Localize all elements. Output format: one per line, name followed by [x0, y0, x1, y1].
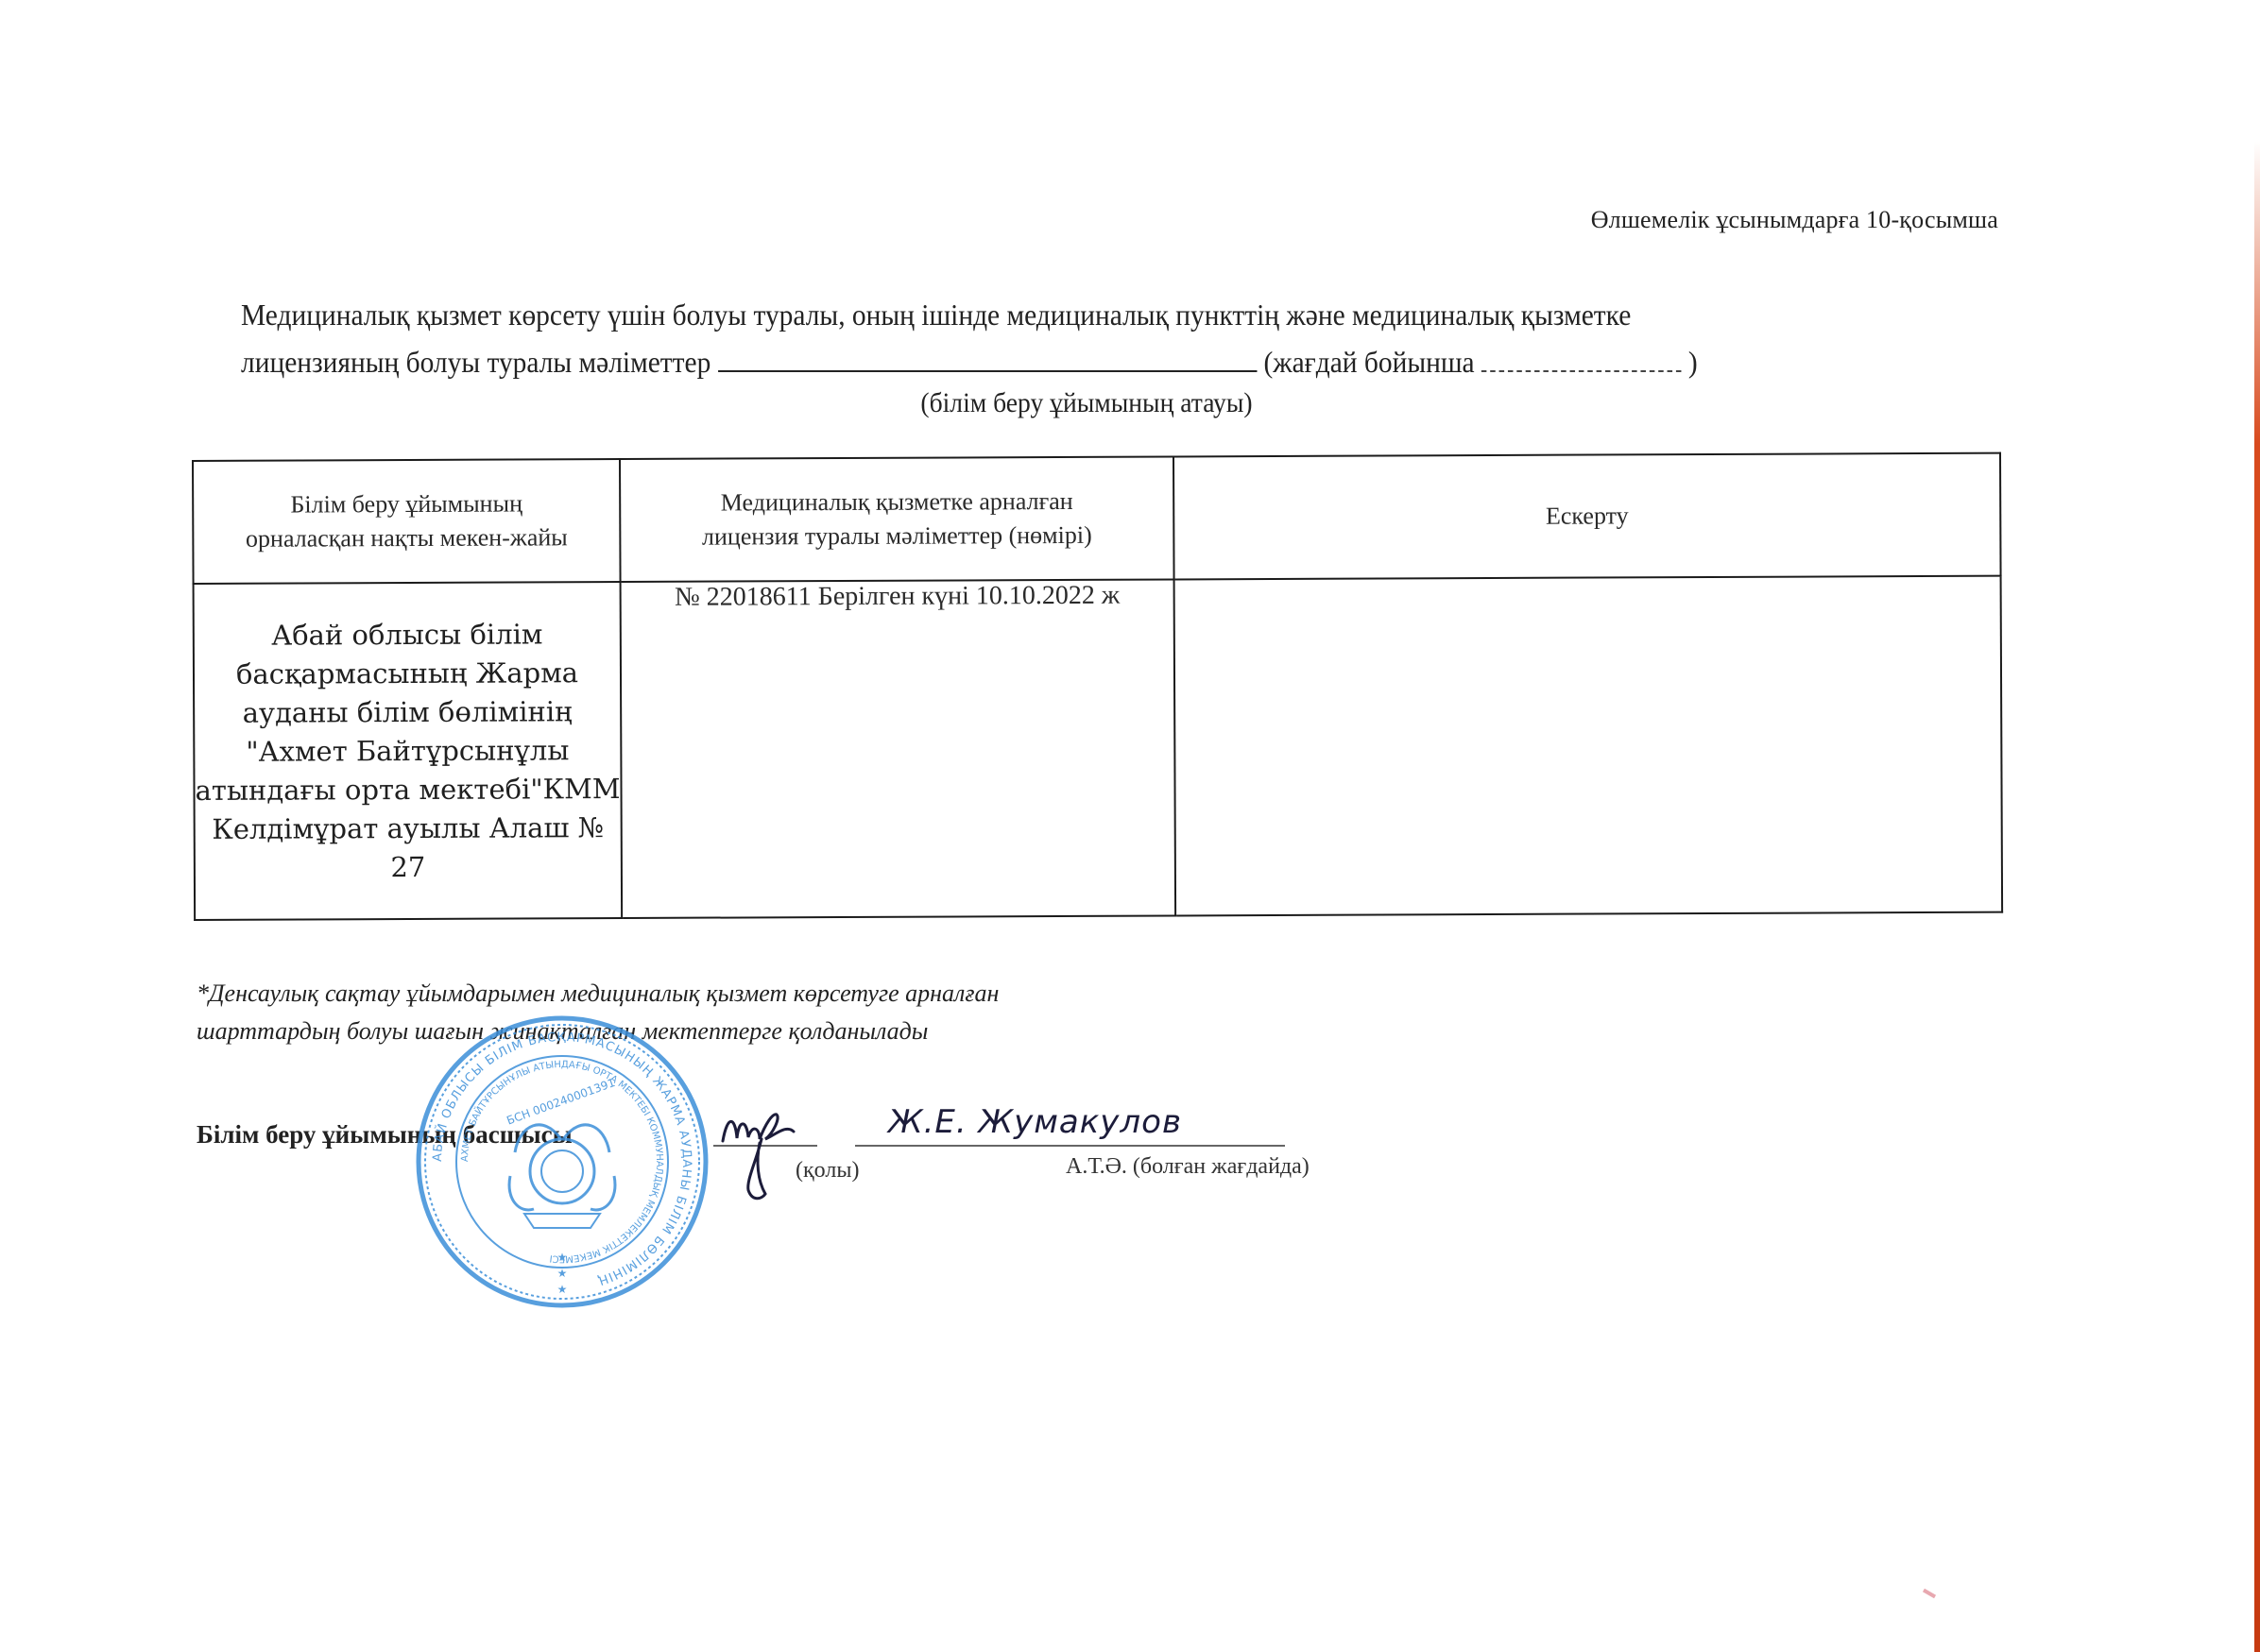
stamp-inner-text: АХМЕТ БАЙТҰРСЫНҰЛЫ АТЫНДАҒЫ ОРТА МЕКТЕБІ… [460, 1060, 664, 1264]
org-name-caption: (білім беру ұйымының атауы) [782, 387, 1391, 419]
title-line-2: лицензияның болуы туралы мәліметтер (жағ… [241, 338, 1814, 385]
stamp-star-icon: ★ [557, 1267, 568, 1280]
annex-note: Өлшемелік ұсынымдарға 10-қосымша [1507, 206, 1998, 234]
svg-text:АХМЕТ БАЙТҰРСЫНҰЛЫ АТЫНДАҒЫ ОР: АХМЕТ БАЙТҰРСЫНҰЛЫ АТЫНДАҒЫ ОРТА МЕКТЕБІ… [460, 1060, 664, 1264]
case-blank [1481, 344, 1682, 372]
official-stamp-icon: АБАЙ ОБЛЫСЫ БІЛІМ БАСҚАРМАСЫНЫҢ ЖАРМА АУ… [411, 1011, 713, 1313]
header-note-label: Ескерту [1174, 498, 1999, 536]
cell-address: Абай облысы білім басқармасының Жарма ау… [194, 582, 623, 920]
license-table: Білім беру ұйымының орналасқан нақты мек… [192, 452, 2003, 921]
document-title: Медициналық қызмет көрсету үшін болуы ту… [241, 291, 1814, 385]
handwritten-name: Ж.Е. Жумакулов [888, 1103, 1182, 1141]
stamp-bin: БСН 000240001391 [505, 1076, 617, 1128]
title-line-2-case-open: (жағдай бойынша [1263, 345, 1474, 379]
table-header-row: Білім беру ұйымының орналасқан нақты мек… [193, 453, 2001, 584]
name-line [855, 1145, 1285, 1147]
header-note: Ескерту [1173, 453, 2001, 580]
handwritten-signature-icon [718, 1096, 822, 1209]
scan-edge-strip [2254, 142, 2260, 1652]
footnote-line-1: *Денсаулық сақтау ұйымдарымен медициналы… [197, 975, 1141, 1013]
title-line-2-case-close: ) [1688, 345, 1698, 379]
table-row: Абай облысы білім басқармасының Жарма ау… [194, 576, 2003, 920]
signature-caption: (қолы) [796, 1158, 859, 1184]
header-license-label: Медициналық қызметке арналған лицензия т… [621, 484, 1173, 554]
title-line-2-prefix: лицензияның болуы туралы мәліметтер [241, 345, 711, 379]
cell-note [1174, 576, 2003, 916]
scan-speck [1923, 1589, 1936, 1598]
header-address-label: Білім беру ұйымының орналасқан нақты мек… [194, 486, 619, 556]
stamp-star-icon: ★ [557, 1251, 568, 1264]
org-name-blank [718, 342, 1257, 372]
cell-license: № 22018611 Берілген күні 10.10.2022 ж [621, 579, 1176, 918]
header-address: Білім беру ұйымының орналасқан нақты мек… [193, 459, 621, 584]
stamp-star-icon: ★ [557, 1283, 568, 1296]
title-line-1: Медициналық қызмет көрсету үшін болуы ту… [241, 291, 1814, 338]
name-caption: А.Т.Ә. (болған жағдайда) [1066, 1154, 1310, 1180]
header-license: Медициналық қызметке арналған лицензия т… [620, 456, 1174, 582]
